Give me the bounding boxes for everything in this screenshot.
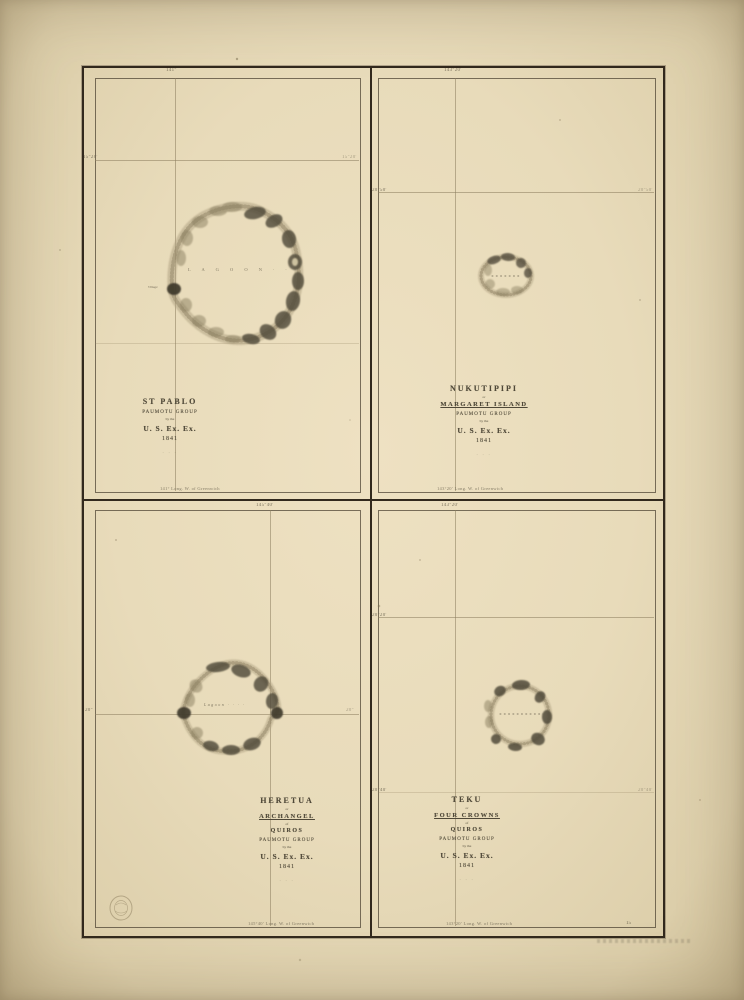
title-line: by the	[434, 844, 500, 848]
latitude-label: 15°20′	[83, 155, 98, 160]
parallel-line	[95, 160, 359, 161]
longitude-label: 143°20′	[441, 503, 459, 508]
parallel-line	[95, 343, 359, 344]
title-line: Paumotu Group	[142, 410, 197, 415]
title-line: Archangel	[259, 813, 315, 820]
title-line: 1841	[142, 436, 197, 442]
latitude-label: 20°20′	[372, 613, 387, 618]
title-line: Four Crowns	[434, 812, 500, 819]
village-label: Village	[148, 285, 158, 289]
title-line: Heretua	[259, 796, 315, 805]
title-block-teku: Teku or Four Crowns of Quiros Paumotu Gr…	[434, 795, 500, 882]
neatline-st-pablo	[95, 78, 361, 493]
map-sheet: 141° 141° Long. W. of Greenwich 15°20′ 1…	[0, 0, 744, 1000]
title-line: U. S. Ex. Ex.	[142, 424, 197, 433]
plate-number: 15	[626, 921, 631, 926]
longitude-label: 141° Long. W. of Greenwich	[160, 486, 220, 491]
longitude-label: 141°	[166, 68, 177, 73]
title-line: Nukutipipi	[440, 384, 527, 393]
title-block-st-pablo: St Pablo Paumotu Group by the U. S. Ex. …	[142, 397, 197, 455]
title-line: St Pablo	[142, 397, 197, 406]
title-block-heretua: Heretua or Archangel of Quiros Paumotu G…	[259, 796, 315, 883]
lagoon-label: Lagoon ∙ ∙ ∙ ∙	[204, 702, 245, 707]
longitude-label: 143°20′ Long. W. of Greenwich	[437, 486, 503, 491]
parallel-line	[95, 714, 359, 715]
title-line: U. S. Ex. Ex.	[434, 851, 500, 860]
title-line: or	[434, 806, 500, 810]
title-line: U. S. Ex. Ex.	[440, 426, 527, 435]
title-line: of	[434, 821, 500, 825]
latitude-label: 20°	[85, 708, 93, 713]
parallel-line	[378, 617, 654, 618]
panel-divider-vertical	[370, 66, 372, 936]
longitude-label: 145°40′	[256, 503, 274, 508]
neatline-teku	[378, 510, 656, 928]
title-line: U. S. Ex. Ex.	[259, 852, 315, 861]
latitude-label: 20°40′	[638, 788, 653, 793]
title-line: Quiros	[434, 827, 500, 833]
scale-note: ∙ ∙ ∙	[434, 877, 500, 882]
title-line: Margaret Island	[440, 401, 527, 408]
latitude-label: 20°50′	[638, 188, 653, 193]
title-line: Paumotu Group	[434, 837, 500, 842]
title-line: by the	[142, 417, 197, 421]
title-line: Paumotu Group	[440, 412, 527, 417]
title-line: Teku	[434, 795, 500, 804]
panel-divider-horizontal	[82, 499, 663, 501]
lagoon-label: L A G O O N ∙ ∙	[188, 267, 291, 272]
latitude-label: 20°50′	[372, 188, 387, 193]
scale-note: ∙ ∙ ∙	[142, 450, 197, 455]
publisher-imprint-illegible	[597, 939, 692, 943]
longitude-label: 145°40′ Long. W. of Greenwich	[248, 921, 314, 926]
title-line: 1841	[434, 863, 500, 869]
title-line: Quiros	[259, 828, 315, 834]
title-line: of	[259, 822, 315, 826]
title-line: or	[440, 395, 527, 399]
parallel-line	[378, 192, 654, 193]
latitude-label: 15°20′	[342, 155, 357, 160]
title-line: 1841	[440, 438, 527, 444]
longitude-label: 143°20′	[444, 68, 462, 73]
latitude-label: 20°40′	[372, 788, 387, 793]
parallel-line	[378, 792, 654, 793]
title-line: by the	[259, 845, 315, 849]
title-line: or	[259, 807, 315, 811]
title-line: 1841	[259, 864, 315, 870]
latitude-label: 20°	[346, 708, 354, 713]
title-block-nukutipipi: Nukutipipi or Margaret Island Paumotu Gr…	[440, 384, 527, 457]
longitude-label: 143°20′ Long. W. of Greenwich	[446, 921, 512, 926]
title-line: by the	[440, 419, 527, 423]
scale-note: ∙ ∙ ∙	[440, 452, 527, 457]
neatline-heretua	[95, 510, 361, 928]
title-line: Paumotu Group	[259, 838, 315, 843]
scale-note: ∙ ∙ ∙	[259, 878, 315, 883]
